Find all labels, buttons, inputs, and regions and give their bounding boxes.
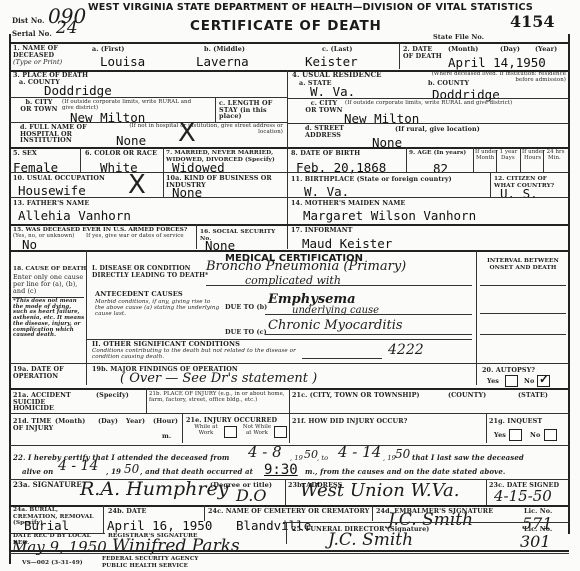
certify-text-7: , 19 xyxy=(106,469,121,476)
injury-day-label: (Day) xyxy=(98,418,118,425)
autopsy-no-checkbox[interactable]: ✓ xyxy=(537,375,550,387)
burial-date: April 16, 1950 xyxy=(107,518,212,533)
date-of-death: April 14,1950 xyxy=(448,55,546,70)
res-county-label: b. COUNTY xyxy=(428,80,469,87)
name-label: 1. NAME OF DECEASED xyxy=(13,45,73,58)
length-of-stay-label: c. LENGTH OF STAY (in this place) xyxy=(219,100,285,120)
last-name: Keister xyxy=(305,54,358,69)
certify-text-8: , and that death occurred at xyxy=(140,469,253,476)
frame-right xyxy=(568,34,570,534)
sex-label: 5. SEX xyxy=(13,150,37,157)
mother-label: 14. MOTHER'S MAIDEN NAME xyxy=(291,200,405,207)
first-name: Louisa xyxy=(100,54,145,69)
while-at-work-label: While at Work xyxy=(190,425,222,436)
middle-name-label: b. (Middle) xyxy=(204,46,245,53)
day-label: (Day) xyxy=(500,46,520,53)
hours-label: Hours xyxy=(524,156,541,162)
serial-no-label: Serial No. xyxy=(12,31,52,38)
occupation-label: 10. USUAL OCCUPATION xyxy=(13,175,105,182)
res-state: W. Va. xyxy=(310,84,355,99)
burial-type: Burial xyxy=(24,518,69,533)
street-label: d. STREET ADDRESS xyxy=(305,125,353,138)
physician-address: West Union W.Va. xyxy=(300,480,459,501)
agency-title: WEST VIRGINIA STATE DEPARTMENT OF HEALTH… xyxy=(88,2,533,13)
birthplace-label: 11. BIRTHPLACE (State or foreign country… xyxy=(291,176,452,183)
hospital: None xyxy=(116,133,146,148)
cemetery-label: 24c. NAME OF CEMETERY OR CREMATORY xyxy=(208,508,369,515)
death-time: 9:30 xyxy=(264,462,298,478)
other-conditions-note: Conditions contributing to the death but… xyxy=(92,349,302,361)
occupation: Housewife xyxy=(18,183,86,198)
certify-text-5: that I last saw the deceased xyxy=(412,455,524,462)
hospital-label: d. FULL NAME OF HOSPITAL OR INSTITUTION xyxy=(20,124,100,144)
due-to-b-label: DUE TO (b) xyxy=(225,304,267,311)
specify-label: (Specify) xyxy=(96,392,129,399)
age-label: 9. AGE (In years) xyxy=(409,150,466,157)
burial-date-label: 24b. DATE xyxy=(108,508,147,515)
frame-left xyxy=(9,34,11,564)
injury-hour-label: (Hour) xyxy=(153,418,178,425)
res-city-note: (If outside corporate limits, write RURA… xyxy=(345,101,565,107)
antecedent-note: Morbid conditions, if any, giving rise t… xyxy=(95,300,220,317)
inquest-no-label: No xyxy=(530,432,540,439)
month-label: (Month) xyxy=(448,46,478,53)
date-of-death-label: 2. DATE OF DEATH xyxy=(403,46,443,59)
cause-instr: Enter only one cause per line for (a), (… xyxy=(13,274,85,294)
certificate-title: CERTIFICATE OF DEATH xyxy=(190,18,382,34)
death-city-label: b. CITY OR TOWN xyxy=(20,99,58,112)
footer-agency-1: FEDERAL SECURITY AGENCY xyxy=(102,556,198,563)
last-seen-alive: 4 - 14 xyxy=(58,458,98,474)
x-mark: X xyxy=(178,118,196,148)
street-note: (If rural, give location) xyxy=(395,126,480,133)
while-at-work-checkbox[interactable] xyxy=(224,426,237,438)
father: Allehia Vanhorn xyxy=(18,208,131,223)
certify-text-2: , 19 xyxy=(290,455,303,462)
certify-text-6: alive on xyxy=(22,469,53,476)
race-label: 6. COLOR OR RACE xyxy=(85,150,157,157)
min-label: Min. xyxy=(548,156,561,162)
how-injury-label: 21f. HOW DID INJURY OCCUR? xyxy=(292,418,407,425)
inquest-yes-checkbox[interactable] xyxy=(509,429,522,441)
year-label: (Year) xyxy=(535,46,557,53)
armed-sub2: If yes, give war or dates of service xyxy=(86,234,184,240)
cause-note: *This does not mean the mode of dying, s… xyxy=(13,299,85,339)
physician-signature: R.A. Humphrey xyxy=(80,478,228,500)
header-divider xyxy=(9,42,569,44)
antecedent-label: ANTECEDENT CAUSES xyxy=(95,291,183,298)
inquest-no-checkbox[interactable] xyxy=(544,429,557,441)
injury-state-label: (STATE) xyxy=(518,392,548,399)
age: 82 xyxy=(433,161,448,176)
degree: D.O xyxy=(236,486,266,505)
injury-county-label: (COUNTY) xyxy=(448,392,486,399)
injury-city-label: 21c. (CITY, TOWN OR TOWNSHIP) xyxy=(292,392,420,399)
accident-label: 21a. ACCIDENT SUICIDE HOMICIDE xyxy=(13,392,73,412)
dob-label: 8. DATE OF BIRTH xyxy=(291,150,360,157)
residence-label: 4. USUAL RESIDENCE xyxy=(292,72,382,79)
cause-c: Chronic Myocarditis xyxy=(268,318,403,333)
signature-label: 23a. SIGNATURE xyxy=(13,482,82,489)
injury-m-label: m. xyxy=(162,433,171,440)
attended-to-year: 50 xyxy=(395,447,410,461)
death-county: Doddridge xyxy=(44,83,112,98)
citizen: U. S. xyxy=(500,186,538,201)
autopsy-yes-checkbox[interactable] xyxy=(505,375,518,387)
cause-of-death-label: 18. CAUSE OF DEATH xyxy=(13,266,86,273)
not-while-at-work-label: Not While at Work xyxy=(242,425,272,436)
form-number: VS—002 (3-31-49) xyxy=(22,560,83,567)
cause-a: Broncho Pneumonia (Primary) xyxy=(206,259,406,274)
other-conditions-label: II. OTHER SIGNIFICANT CONDITIONS xyxy=(92,341,240,348)
attended-to: 4 - 14 xyxy=(338,443,381,461)
months-label: Month xyxy=(476,156,494,162)
last-seen-year: 50 xyxy=(124,462,139,476)
disease-label: I. DISEASE OR CONDITION DIRECTLY LEADING… xyxy=(92,266,212,279)
informant: Maud Keister xyxy=(302,236,392,251)
first-name-label: a. (First) xyxy=(92,46,125,53)
inquest-label: 21g. INQUEST xyxy=(489,418,542,425)
middle-name: Laverna xyxy=(196,54,249,69)
injury-month-label: (Month) xyxy=(55,418,85,425)
funeral-lic: 301 xyxy=(520,532,551,551)
op-date-label: 19a. DATE OF OPERATION xyxy=(13,366,83,379)
footer-agency-2: PUBLIC HEALTH SERVICE xyxy=(102,563,188,570)
autopsy-yes-label: Yes xyxy=(487,378,499,385)
certify-text-3: , to xyxy=(317,455,328,462)
not-while-at-work-checkbox[interactable] xyxy=(274,426,287,438)
op-findings: ( Over — See Dr's statement ) xyxy=(120,371,317,386)
certify-text-9: m., from the causes and on the date stat… xyxy=(305,469,505,476)
name-sublabel: (Type or Print) xyxy=(13,59,62,66)
interval-label: INTERVAL BETWEEN ONSET AND DEATH xyxy=(480,258,566,271)
certify-text-1: 22. I hereby certify that I attended the… xyxy=(13,455,229,462)
due-to-c-label: DUE TO (c) xyxy=(225,329,267,336)
attended-from-year: 50 xyxy=(304,448,318,461)
state-file-no-label: State File No. xyxy=(433,34,484,41)
state-file-no: 4154 xyxy=(510,12,555,31)
x-mark-2: X xyxy=(128,170,146,200)
mother: Margaret Wilson Vanhorn xyxy=(303,208,476,223)
autopsy-no-label: No xyxy=(524,378,534,385)
father-label: 13. FATHER'S NAME xyxy=(13,200,89,207)
last-name-label: c. (Last) xyxy=(322,46,352,53)
days-label: Days xyxy=(501,156,515,162)
attended-from: 4 - 8 xyxy=(248,443,282,461)
checkmark-icon: ✓ xyxy=(539,372,549,386)
inquest-yes-label: Yes xyxy=(494,432,506,439)
place-of-injury-label: 21b. PLACE OF INJURY (e.g., in or about … xyxy=(149,392,289,403)
date-signed: 4-15-50 xyxy=(494,487,552,505)
serial-no: 24 xyxy=(56,18,78,38)
injury-occurred-label: 21e. INJURY OCCURRED xyxy=(186,417,277,424)
funeral-director-signature: J.C. Smith xyxy=(328,530,413,550)
res-city-label: c. CITY OR TOWN xyxy=(305,100,343,113)
other-conditions-value: 4222 xyxy=(388,342,424,358)
autopsy-label: 20. AUTOPSY? xyxy=(482,367,535,374)
death-certificate: Dist No. 090 Serial No. 24 WEST VIRGINIA… xyxy=(0,0,580,571)
informant-label: 17. INFORMANT xyxy=(291,227,353,234)
injury-year-label: Year) xyxy=(126,418,145,425)
dist-no-label: Dist No. xyxy=(12,18,45,25)
